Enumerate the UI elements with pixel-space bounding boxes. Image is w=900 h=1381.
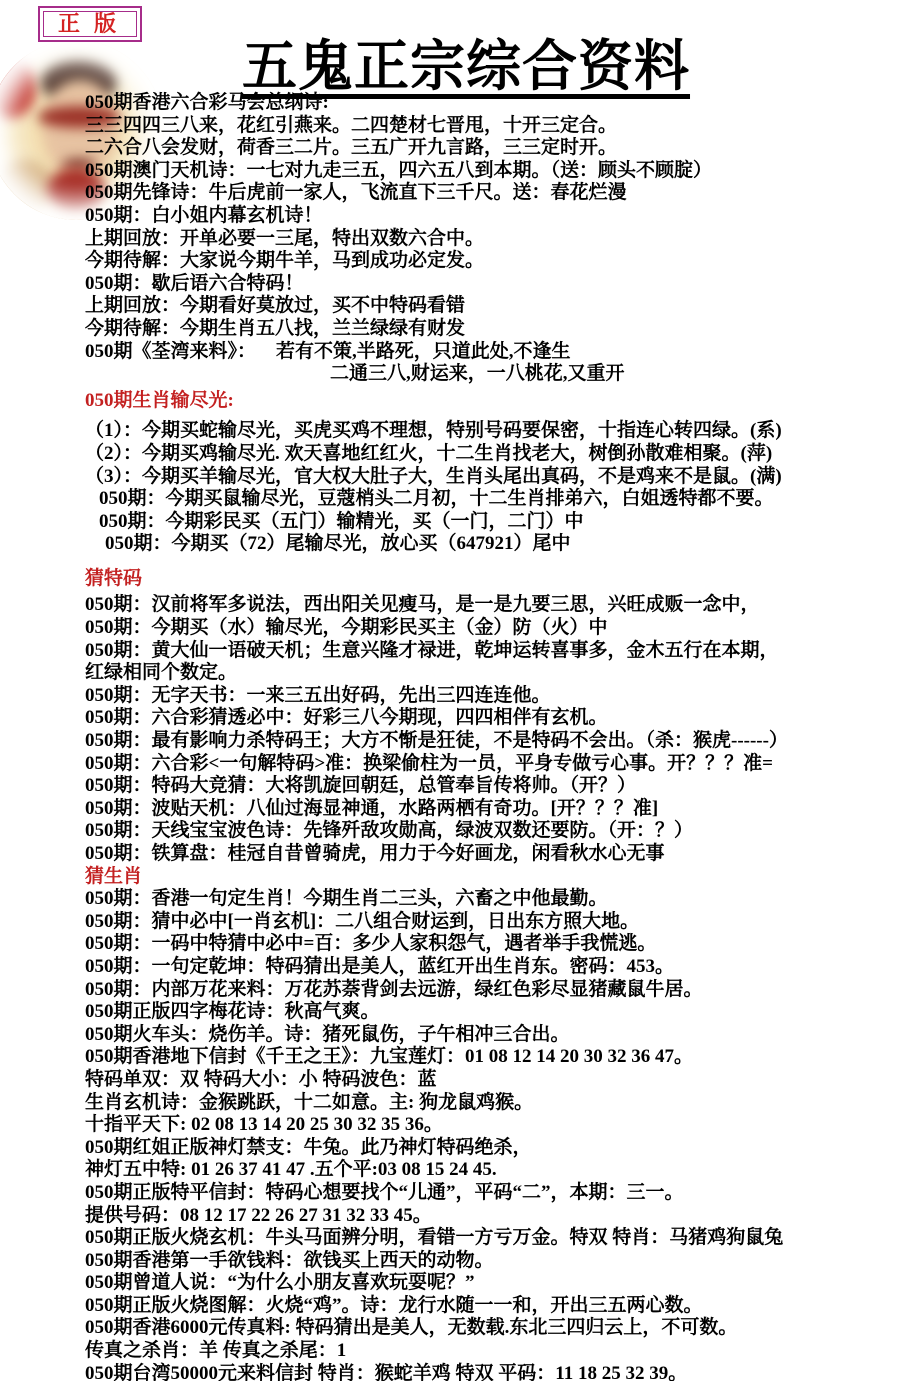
section-heading: 猜生肖 bbox=[85, 866, 893, 889]
text-line: 050期香港地下信封《千王之王》：九宝莲灯：01 08 12 14 20 30 … bbox=[85, 1046, 893, 1069]
text-line: 今期待解：大家说今期牛羊，马到成功必定发。 bbox=[85, 250, 893, 273]
page: 正版 五鬼正宗综合资料 050期香港六合彩马会总纲诗:三三四四三八来，花红引燕来… bbox=[0, 0, 900, 1381]
text-line: 050期：今期买鼠输尽光，豆蔻梢头二月初，十二生肖排弟六，白姐透特都不要。 bbox=[85, 488, 893, 511]
text-line: 050期：香港一句定生肖！今期生肖二三头，六畜之中他最勤。 bbox=[85, 888, 893, 911]
authentic-badge: 正版 bbox=[38, 6, 142, 42]
text-line: 050期：天线宝宝波色诗：先锋歼敌攻勋高，绿波双数还要防。（开：？） bbox=[85, 820, 893, 843]
line-poem: 若有不策,半路死，只道此处,不逢生 bbox=[276, 341, 571, 362]
text-line: 050期：白小姐内幕玄机诗！ bbox=[85, 205, 893, 228]
line-label: 050期《荃湾来料》： bbox=[85, 341, 256, 362]
text-line: 050期红姐正版神灯禁支：牛兔。此乃神灯特码绝杀， bbox=[85, 1137, 893, 1160]
text-line: 050期先锋诗：牛后虎前一家人，飞流直下三千尺。送：春花烂漫 bbox=[85, 182, 893, 205]
text-line: 神灯五中特: 01 26 37 41 47 .五个平:03 08 15 24 4… bbox=[85, 1159, 893, 1182]
text-line: 050期正版火烧玄机：牛头马面辨分明，看错一方亏万金。特双 特肖：马猪鸡狗鼠兔 bbox=[85, 1227, 893, 1250]
text-line: 050期澳门天机诗：一七对九走三五，四六五八到本期。（送：顾头不顾腚） bbox=[85, 160, 893, 183]
text-line: 三三四四三八来，花红引燕来。二四楚材七晋甩，十开三定合。 bbox=[85, 115, 893, 138]
text-line: 050期：黄大仙一语破天机；生意兴隆才禄进，乾坤运转喜事多，金木五行在本期， bbox=[85, 640, 893, 663]
text-line: 050期：最有影响力杀特码王；大方不惭是狂徒，不是特码不会出。（杀：猴虎----… bbox=[85, 730, 893, 753]
text-line: 050期：铁算盘：桂冠自昔曾骑虎，用力于今好画龙，闲看秋水心无事 bbox=[85, 843, 893, 866]
text-line: 050期曾道人说：“为什么小朋友喜欢玩耍呢？” bbox=[85, 1272, 893, 1295]
text-line: 050期：猜中必中[一肖玄机]：二八组合财运到，日出东方照大地。 bbox=[85, 911, 893, 934]
text-line: 二通三八,财运来，一八桃花,又重开 bbox=[85, 363, 893, 386]
text-line: 050期：波贴天机：八仙过海显神通，水路两栖有奇功。[开？？？准] bbox=[85, 798, 893, 821]
text-line: 上期回放：开单必要一三尾，特出双数六合中。 bbox=[85, 228, 893, 251]
text-line: 050期火车头：烧伤羊。诗：猪死鼠伤，子午相冲三合出。 bbox=[85, 1024, 893, 1047]
text-line: 050期：今期买（水）输尽光，今期彩民买主（金）防（火）中 bbox=[85, 617, 893, 640]
text-line: 050期香港六合彩马会总纲诗: bbox=[85, 92, 893, 115]
text-line: 050期：汉前将军多说法，西出阳关见瘦马，是一是九要三思，兴旺成贩一念中， bbox=[85, 594, 893, 617]
text-line: 050期：今期买（72）尾输尽光，放心买（647921）尾中 bbox=[85, 533, 893, 556]
text-line: 050期：内部万花来料：万花苏萘背剑去远游，绿红色彩尽显猪藏鼠牛居。 bbox=[85, 979, 893, 1002]
text-line: 050期：一码中特猜中必中=百：多少人家积怨气，遇者举手我慌逃。 bbox=[85, 933, 893, 956]
text-line: 050期：六合彩猜透必中：好彩三八今期现，四四相伴有玄机。 bbox=[85, 707, 893, 730]
text-line: 050期：一句定乾坤：特码猜出是美人，蓝红开出生肖东。密码：453。 bbox=[85, 956, 893, 979]
text-line: 050期：特码大竞猜：大将凯旋回朝廷，总管奉旨传将帅。（开？） bbox=[85, 775, 893, 798]
text-line: （2）：今期买鸡输尽光. 欢天喜地红红火，十二生肖找老大，树倒孙散难相聚。(萍) bbox=[85, 443, 893, 466]
text-line: 050期香港第一手欲钱料：欲钱买上西天的动物。 bbox=[85, 1250, 893, 1273]
text-line: 050期：六合彩<一句解特码>准：换梁偷柱为一员，平身专做亏心事。开？？？准= bbox=[85, 753, 893, 776]
text-line: 今期待解：今期生肖五八找，兰兰绿绿有财发 bbox=[85, 318, 893, 341]
text-line: 红绿相同个数定。 bbox=[85, 662, 893, 685]
text-line: （1）：今期买蛇输尽光，买虎买鸡不理想，特别号码要保密，十指连心转四绿。(系) bbox=[85, 420, 893, 443]
text-line: 050期《荃湾来料》：若有不策,半路死，只道此处,不逢生 bbox=[85, 341, 893, 364]
text-line: 050期香港6000元传真料: 特码猜出是美人，无数载.东北三四归云上，不可数。 bbox=[85, 1317, 893, 1340]
portrait-red-flower bbox=[0, 58, 36, 118]
text-line: 上期回放：今期看好莫放过，买不中特码看错 bbox=[85, 295, 893, 318]
text-line: 生肖玄机诗：金猴跳跃，十二如意。主: 狗龙鼠鸡猴。 bbox=[85, 1092, 893, 1115]
text-line: 050期：无字天书：一来三五出好码，先出三四连连他。 bbox=[85, 685, 893, 708]
text-line: （3）：今期买羊输尽光，官大权大肚子大，生肖头尾出真码，不是鸡来不是鼠。(满) bbox=[85, 466, 893, 489]
text-line: 特码单双：双 特码大小：小 特码波色：蓝 bbox=[85, 1069, 893, 1092]
section-heading: 猜特码 bbox=[85, 568, 893, 591]
content-lines: 050期香港六合彩马会总纲诗:三三四四三八来，花红引燕来。二四楚材七晋甩，十开三… bbox=[85, 92, 893, 1381]
text-line: 050期：歇后语六合特码！ bbox=[85, 273, 893, 296]
text-line: 050期台湾50000元来料信封 特肖：猴蛇羊鸡 特双 平码：11 18 25 … bbox=[85, 1363, 893, 1381]
text-line: 050期正版四字梅花诗：秋高气爽。 bbox=[85, 1001, 893, 1024]
text-line: 050期正版特平信封：特码心想要找个“儿通”，平码“二”，本期：三一。 bbox=[85, 1182, 893, 1205]
authentic-badge-label: 正版 bbox=[58, 11, 130, 36]
text-line: 二六合八会发财，荷香三二片。三五广开九言路，三三定时开。 bbox=[85, 137, 893, 160]
text-line: 050期：今期彩民买（五门）输精光，买（一门，二门）中 bbox=[85, 511, 893, 534]
text-line: 050期正版火烧图解：火烧“鸡”。诗：龙行水随一一和，开出三五两心数。 bbox=[85, 1295, 893, 1318]
page-title: 五鬼正宗综合资料 bbox=[242, 22, 690, 101]
text-line: 提供号码：08 12 17 22 26 27 31 32 33 45。 bbox=[85, 1205, 893, 1228]
text-line: 传真之杀肖：羊 传真之杀尾：1 bbox=[85, 1340, 893, 1363]
section-heading: 050期生肖输尽光: bbox=[85, 390, 893, 413]
portrait-shoulder-shade bbox=[0, 160, 54, 216]
text-line: 十指平天下: 02 08 13 14 20 25 30 32 35 36。 bbox=[85, 1114, 893, 1137]
